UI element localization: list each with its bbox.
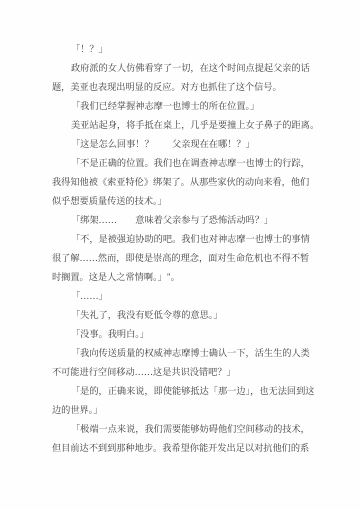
text-line: 但目前达不到到那种地步。我希望你能开发出足以对抗他们的系	[52, 439, 308, 458]
text-line: 我得知他被《索亚特伦》绑架了。从那些家伙的动向来看，他们	[52, 173, 308, 192]
text-line: 「不是正确的位置。我们也在调查神志摩一也博士的行踪，	[52, 154, 308, 173]
novel-text-block: 「！？」 政府派的女人仿佛看穿了一切，在这个时间点提起父亲的话 题，美亚也表现出…	[52, 40, 308, 458]
text-line: 「……」	[52, 287, 308, 306]
text-line: 「极端一点来说，我们需要能够妨碍他们空间移动的技术，	[52, 420, 308, 439]
text-line: 「失礼了，我没有贬低令尊的意思。」	[52, 306, 308, 325]
text-line: 美亚站起身，将手抵在桌上，几乎是要撞上女子鼻子的距离。	[52, 116, 308, 135]
text-line: 「我们已经掌握神志摩一也博士的所在位置。」	[52, 97, 308, 116]
text-line: 边的世界。」	[52, 401, 308, 420]
text-line: 「没事。我明白。」	[52, 325, 308, 344]
text-line: 时搁置。这是人之常情啊。」"。	[52, 268, 308, 287]
text-line: 「绑架…… 意味着父亲参与了恐怖活动吗？」	[52, 211, 308, 230]
text-line: 题，美亚也表现出明显的反应。对方也抓住了这个信号。	[52, 78, 308, 97]
text-line: 「这是怎么回事！？ 父亲现在在哪！？」	[52, 135, 308, 154]
text-line: 「！？」	[52, 40, 308, 59]
text-line: 「我向传送质量的权威神志摩博士确认一下，活生生的人类	[52, 344, 308, 363]
text-line: 很了解……然而，即使是崇高的理念，面对生命危机也不得不暂	[52, 249, 308, 268]
text-line: 政府派的女人仿佛看穿了一切，在这个时间点提起父亲的话	[52, 59, 308, 78]
text-line: 似乎想要质量传送的技术。」	[52, 192, 308, 211]
text-line: 「是的，正确来说，即使能够抵达「那一边」，也无法回到这	[52, 382, 308, 401]
text-line: 「不，是被强迫协助的吧。我们也对神志摩一也博士的事情	[52, 230, 308, 249]
novel-page: 「！？」 政府派的女人仿佛看穿了一切，在这个时间点提起父亲的话 题，美亚也表现出…	[0, 0, 360, 509]
text-line: 不可能进行空间移动……这是共识没错吧？」	[52, 363, 308, 382]
